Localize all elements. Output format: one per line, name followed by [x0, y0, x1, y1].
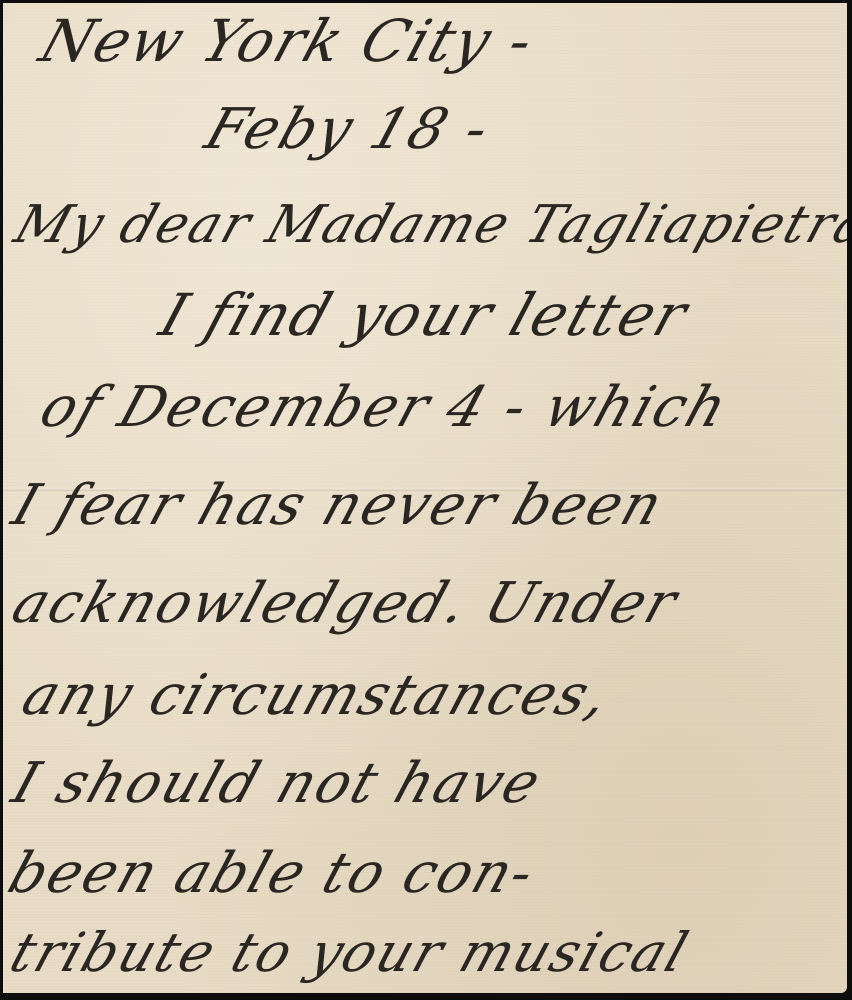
letter-body-line: been able to con- [3, 841, 544, 906]
letter-page: New York City - Feby 18 - My dear Madame… [3, 3, 847, 993]
letter-place: New York City - [32, 7, 544, 75]
letter-date: Feby 18 - [197, 97, 498, 162]
letter-body-line: I fear has never been [4, 473, 672, 538]
letter-body-line: I find your letter [152, 281, 697, 349]
letter-body-line: any circumstances, [14, 663, 618, 728]
letter-body-line: tribute to your musical [3, 921, 697, 984]
letter-body-line: acknowledged. Under [4, 571, 686, 636]
letter-salutation: My dear Madame Tagliapietra - [7, 195, 847, 255]
letter-body-line: of December 4 - which [32, 375, 736, 440]
letter-body-line: I should not have [4, 751, 550, 816]
